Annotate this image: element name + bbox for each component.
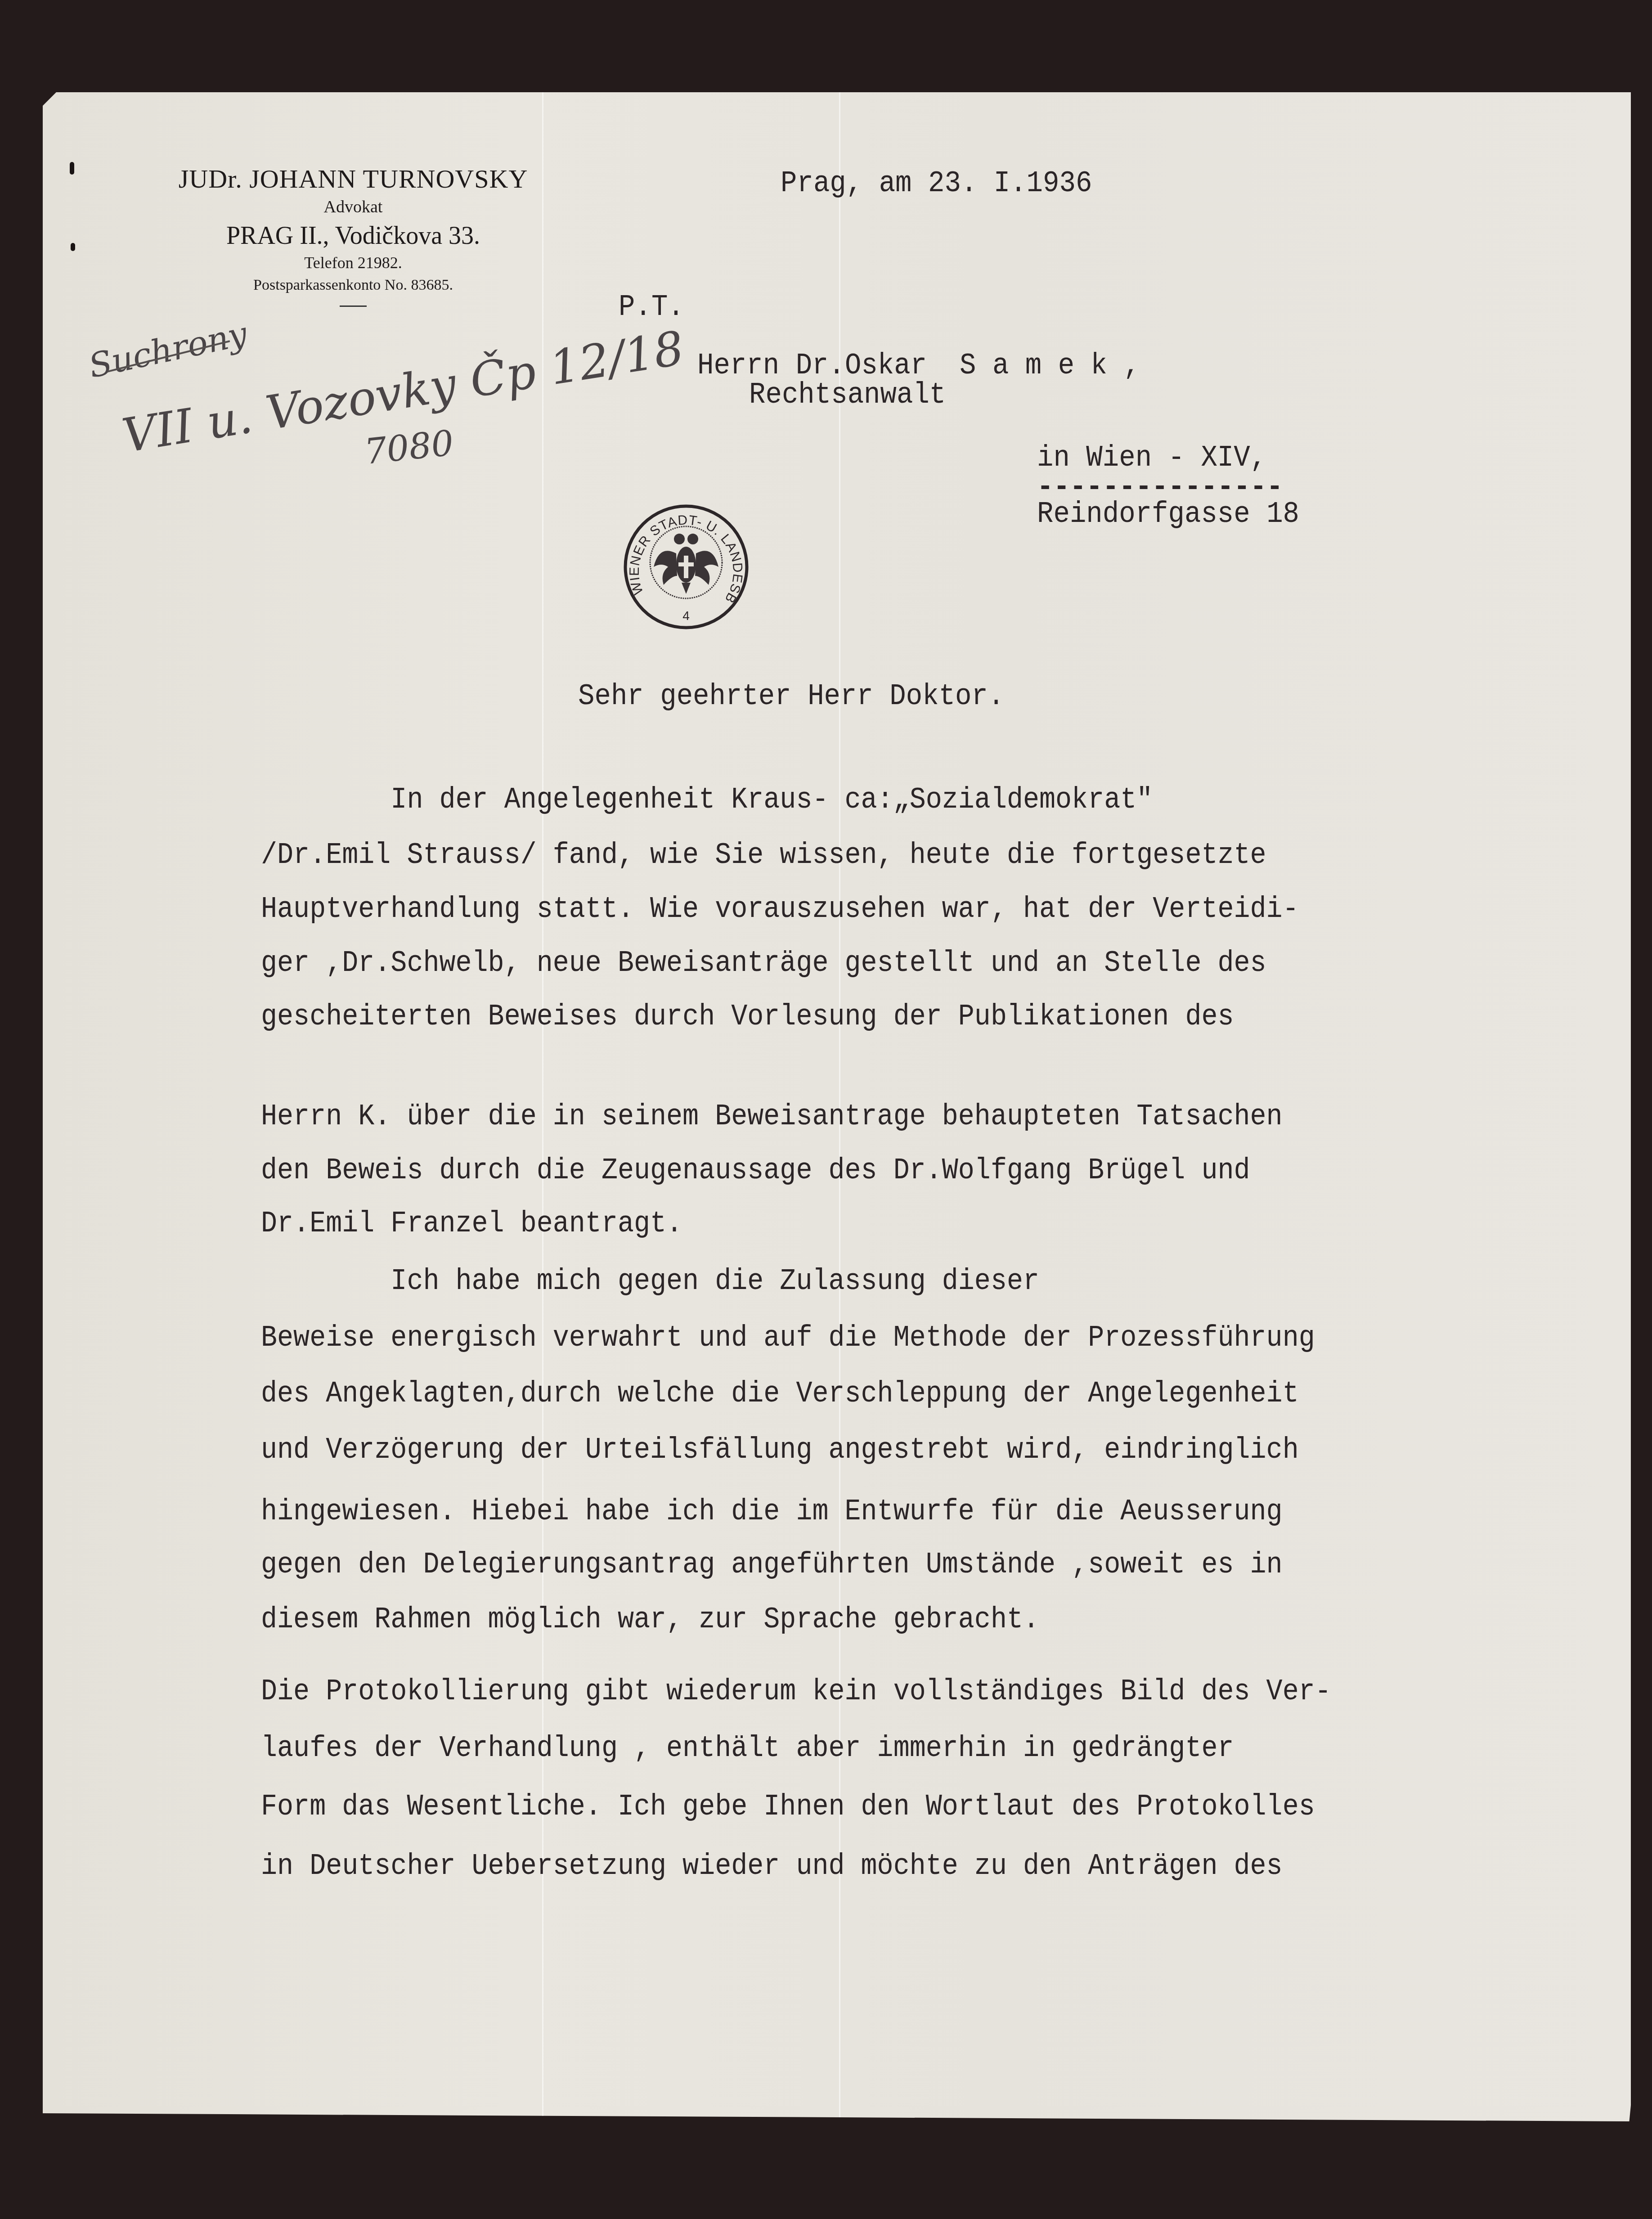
recipient-city: in Wien - XIV, bbox=[1037, 443, 1266, 473]
pt-abbreviation: P.T. bbox=[619, 292, 684, 322]
body-line: Hauptverhandlung statt. Wie vorauszusehe… bbox=[261, 892, 1299, 926]
lawyer-address: PRAG II., Vodičkova 33. bbox=[128, 220, 578, 252]
body-line: Herrn K. über die in seinem Beweisantrag… bbox=[261, 1100, 1283, 1133]
punch-hole-mark bbox=[71, 243, 75, 251]
body-line: Dr.Emil Franzel beantragt. bbox=[261, 1207, 682, 1240]
lawyer-telephone: Telefon 21982. bbox=[128, 252, 578, 274]
svg-text:4: 4 bbox=[682, 609, 690, 623]
letterhead: JUDr. JOHANN TURNOVSKY Advokat PRAG II.,… bbox=[128, 164, 578, 307]
body-line: laufes der Verhandlung , enthält aber im… bbox=[261, 1731, 1234, 1765]
recipient-street: Reindorfgasse 18 bbox=[1037, 499, 1299, 529]
body-line: In der Angelegenheit Kraus- ca:„Sozialde… bbox=[261, 783, 1153, 817]
body-line: /Dr.Emil Strauss/ fand, wie Sie wissen, … bbox=[261, 838, 1266, 872]
body-line: diesem Rahmen möglich war, zur Sprache g… bbox=[261, 1603, 1039, 1636]
body-line: gescheiterten Beweises durch Vorlesung d… bbox=[261, 1000, 1234, 1033]
body-line: Die Protokollierung gibt wiederum kein v… bbox=[261, 1675, 1331, 1708]
lawyer-name: JUDr. JOHANN TURNOVSKY bbox=[128, 164, 578, 194]
body-line: den Beweis durch die Zeugenaussage des D… bbox=[261, 1154, 1250, 1187]
body-line: Form das Wesentliche. Ich gebe Ihnen den… bbox=[261, 1790, 1315, 1824]
lawyer-account: Postsparkassenkonto No. 83685. bbox=[128, 274, 578, 296]
body-line: Ich habe mich gegen die Zulassung dieser bbox=[261, 1264, 1039, 1298]
punch-hole-mark bbox=[70, 162, 74, 175]
letterhead-rule bbox=[340, 305, 367, 307]
recipient-title: Rechtsanwalt bbox=[749, 380, 946, 410]
body-line: und Verzögerung der Urteilsfällung anges… bbox=[261, 1433, 1299, 1467]
body-line: gegen den Delegierungsantrag angeführten… bbox=[261, 1548, 1283, 1581]
body-line: Beweise energisch verwahrt und auf die M… bbox=[261, 1321, 1315, 1355]
greeting: Sehr geehrter Herr Doktor. bbox=[578, 682, 1004, 711]
body-line: hingewiesen. Hiebei habe ich die im Entw… bbox=[261, 1495, 1283, 1528]
body-line: in Deutscher Uebersetzung wieder und möc… bbox=[261, 1849, 1283, 1883]
body-line: ger ,Dr.Schwelb, neue Beweisanträge gest… bbox=[261, 946, 1266, 980]
body-line: des Angeklagten,durch welche die Verschl… bbox=[261, 1377, 1299, 1410]
recipient-name: Herrn Dr.Oskar S a m e k , bbox=[697, 351, 1140, 381]
library-stamp-icon: WIENER STADT- U. LANDESBIBL. 4 bbox=[619, 499, 754, 634]
lawyer-role: Advokat bbox=[128, 194, 578, 220]
date-line: Prag, am 23. I.1936 bbox=[781, 169, 1092, 198]
